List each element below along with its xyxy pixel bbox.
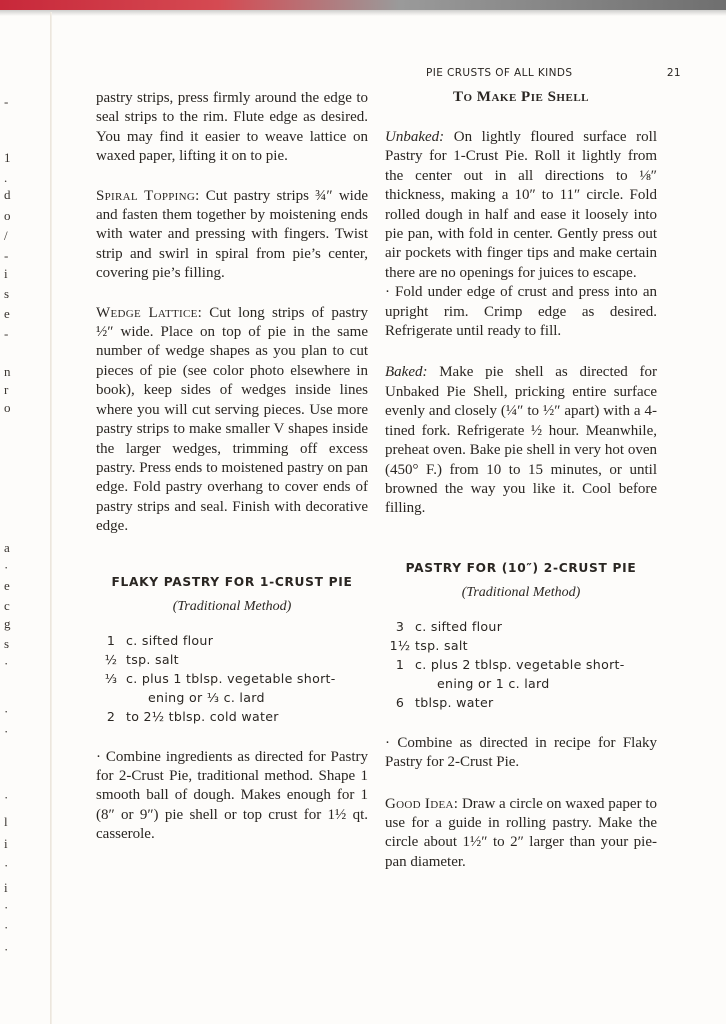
ingredient-qty: ½: [96, 650, 126, 669]
bleed-fragment: -: [4, 94, 8, 110]
unbaked-text: On lightly floured surface roll Pastry f…: [385, 129, 657, 281]
bleed-fragment: s: [4, 636, 9, 652]
right-column: To Make Pie Shell Unbaked: On lightly fl…: [385, 89, 657, 872]
ingredient-row: 1c. sifted flour: [96, 631, 368, 650]
bleed-fragment: s: [4, 286, 9, 302]
bleed-fragment: d: [4, 187, 11, 203]
recipe-directions: · Combine as directed in recipe for Flak…: [385, 734, 657, 773]
recipe-directions: · Combine ingredients as directed for Pa…: [96, 748, 368, 845]
ingredient-row: 3c. sifted flour: [385, 617, 657, 636]
page-gutter: [50, 12, 52, 1024]
ingredient-row: ⅓c. plus 1 tblsp. vegetable short-ening …: [96, 669, 368, 707]
ingredient-qty: 3: [385, 617, 415, 636]
continuation-paragraph: pastry strips, press firmly around the e…: [96, 89, 368, 167]
bleed-fragment: e: [4, 578, 10, 594]
bleed-fragment: a: [4, 540, 10, 556]
bleed-fragment: g: [4, 616, 11, 632]
bleed-fragment: ·: [4, 920, 8, 936]
ingredient-item: c. plus 1 tblsp. vegetable short-: [126, 671, 336, 686]
ingredient-qty: 6: [385, 693, 415, 712]
wedge-lattice-text: Cut long strips of pastry ½″ wide. Place…: [96, 305, 368, 534]
left-column: pastry strips, press firmly around the e…: [96, 89, 368, 845]
page-number: 21: [667, 67, 681, 79]
top-edge-binding: [0, 0, 726, 10]
page-shadow: [0, 10, 726, 16]
ingredient-qty: 1: [96, 631, 126, 650]
bleed-fragment: .: [4, 170, 7, 186]
bleed-fragment: i: [4, 880, 8, 896]
bleed-fragment: ·: [4, 656, 8, 672]
wedge-lattice-paragraph: Wedge Lattice: Cut long strips of pastry…: [96, 304, 368, 537]
ingredient-item: tsp. salt: [415, 636, 657, 655]
bleed-fragment: n: [4, 364, 11, 380]
bleed-fragment: -: [4, 248, 8, 264]
bleed-fragment: i: [4, 836, 8, 852]
running-head-title: PIE CRUSTS OF ALL KINDS: [426, 67, 572, 79]
ingredient-item: c. plus 2 tblsp. vegetable short-: [415, 657, 625, 672]
ingredient-item: tblsp. water: [415, 693, 657, 712]
ingredient-list: 3c. sifted flour 1½tsp. salt 1c. plus 2 …: [385, 617, 657, 712]
ingredient-item: c. sifted flour: [415, 617, 657, 636]
bleed-fragment: ·: [4, 724, 8, 740]
recipe-flaky-1-crust: FLAKY PASTRY FOR 1-CRUST PIE (Traditiona…: [96, 575, 368, 845]
unbaked-label: Unbaked:: [385, 129, 444, 145]
bleed-fragment: ·: [4, 942, 8, 958]
ingredient-continuation: ening or 1 c. lard: [415, 674, 657, 693]
ingredient-item: c. sifted flour: [126, 631, 368, 650]
ingredient-row: 6tblsp. water: [385, 693, 657, 712]
running-head: PIE CRUSTS OF ALL KINDS 21: [426, 67, 681, 79]
spiral-topping-paragraph: Spiral Topping: Cut pastry strips ¾″ wid…: [96, 187, 368, 284]
ingredient-row: 1c. plus 2 tblsp. vegetable short-ening …: [385, 655, 657, 693]
bleed-fragment: 1: [4, 150, 11, 166]
wedge-lattice-label: Wedge Lattice:: [96, 305, 202, 321]
unbaked-paragraph: Unbaked: On lightly floured surface roll…: [385, 128, 657, 283]
bleed-fragment: i: [4, 266, 8, 282]
recipe-title: FLAKY PASTRY FOR 1-CRUST PIE: [96, 575, 368, 589]
spiral-topping-label: Spiral Topping:: [96, 188, 200, 204]
ingredient-continuation: ening or ⅓ c. lard: [126, 688, 368, 707]
ingredient-row: 2to 2½ tblsp. cold water: [96, 707, 368, 726]
bleed-fragment: ·: [4, 704, 8, 720]
baked-label: Baked:: [385, 364, 427, 380]
ingredient-item: to 2½ tblsp. cold water: [126, 707, 368, 726]
bleed-fragment: ·: [4, 790, 8, 806]
baked-paragraph: Baked: Make pie shell as directed for Un…: [385, 363, 657, 518]
bleed-fragment: ·: [4, 900, 8, 916]
ingredient-qty: ⅓: [96, 669, 126, 707]
ingredient-qty: 1: [385, 655, 415, 693]
bleed-fragment: c: [4, 598, 10, 614]
bleed-fragment: ·: [4, 858, 8, 874]
bleed-fragment: o: [4, 400, 11, 416]
ingredient-row: 1½tsp. salt: [385, 636, 657, 655]
ingredient-list: 1c. sifted flour ½tsp. salt ⅓c. plus 1 t…: [96, 631, 368, 726]
bleed-fragment: ·: [4, 560, 8, 576]
fold-paragraph: · Fold under edge of crust and press int…: [385, 283, 657, 341]
recipe-method: (Traditional Method): [96, 599, 368, 615]
bleed-fragment: l: [4, 814, 8, 830]
bleed-fragment: o: [4, 208, 11, 224]
recipe-pastry-2-crust: PASTRY FOR (10″) 2-CRUST PIE (Traditiona…: [385, 561, 657, 773]
ingredient-qty: 1½: [385, 636, 415, 655]
good-idea-label: Good Idea:: [385, 796, 458, 812]
recipe-method: (Traditional Method): [385, 585, 657, 601]
bleed-fragment: /: [4, 228, 8, 244]
good-idea-paragraph: Good Idea: Draw a circle on waxed paper …: [385, 795, 657, 873]
bleed-fragment: -: [4, 326, 8, 342]
recipe-title: PASTRY FOR (10″) 2-CRUST PIE: [385, 561, 657, 575]
section-heading: To Make Pie Shell: [385, 89, 657, 106]
ingredient-qty: 2: [96, 707, 126, 726]
baked-text: Make pie shell as directed for Unbaked P…: [385, 364, 657, 516]
bleed-fragment: e: [4, 306, 10, 322]
ingredient-row: ½tsp. salt: [96, 650, 368, 669]
facing-page-bleed: -1.do/-ise-nroa·ecgs····li·i···: [0, 0, 24, 1024]
bleed-fragment: r: [4, 382, 8, 398]
ingredient-item: tsp. salt: [126, 650, 368, 669]
